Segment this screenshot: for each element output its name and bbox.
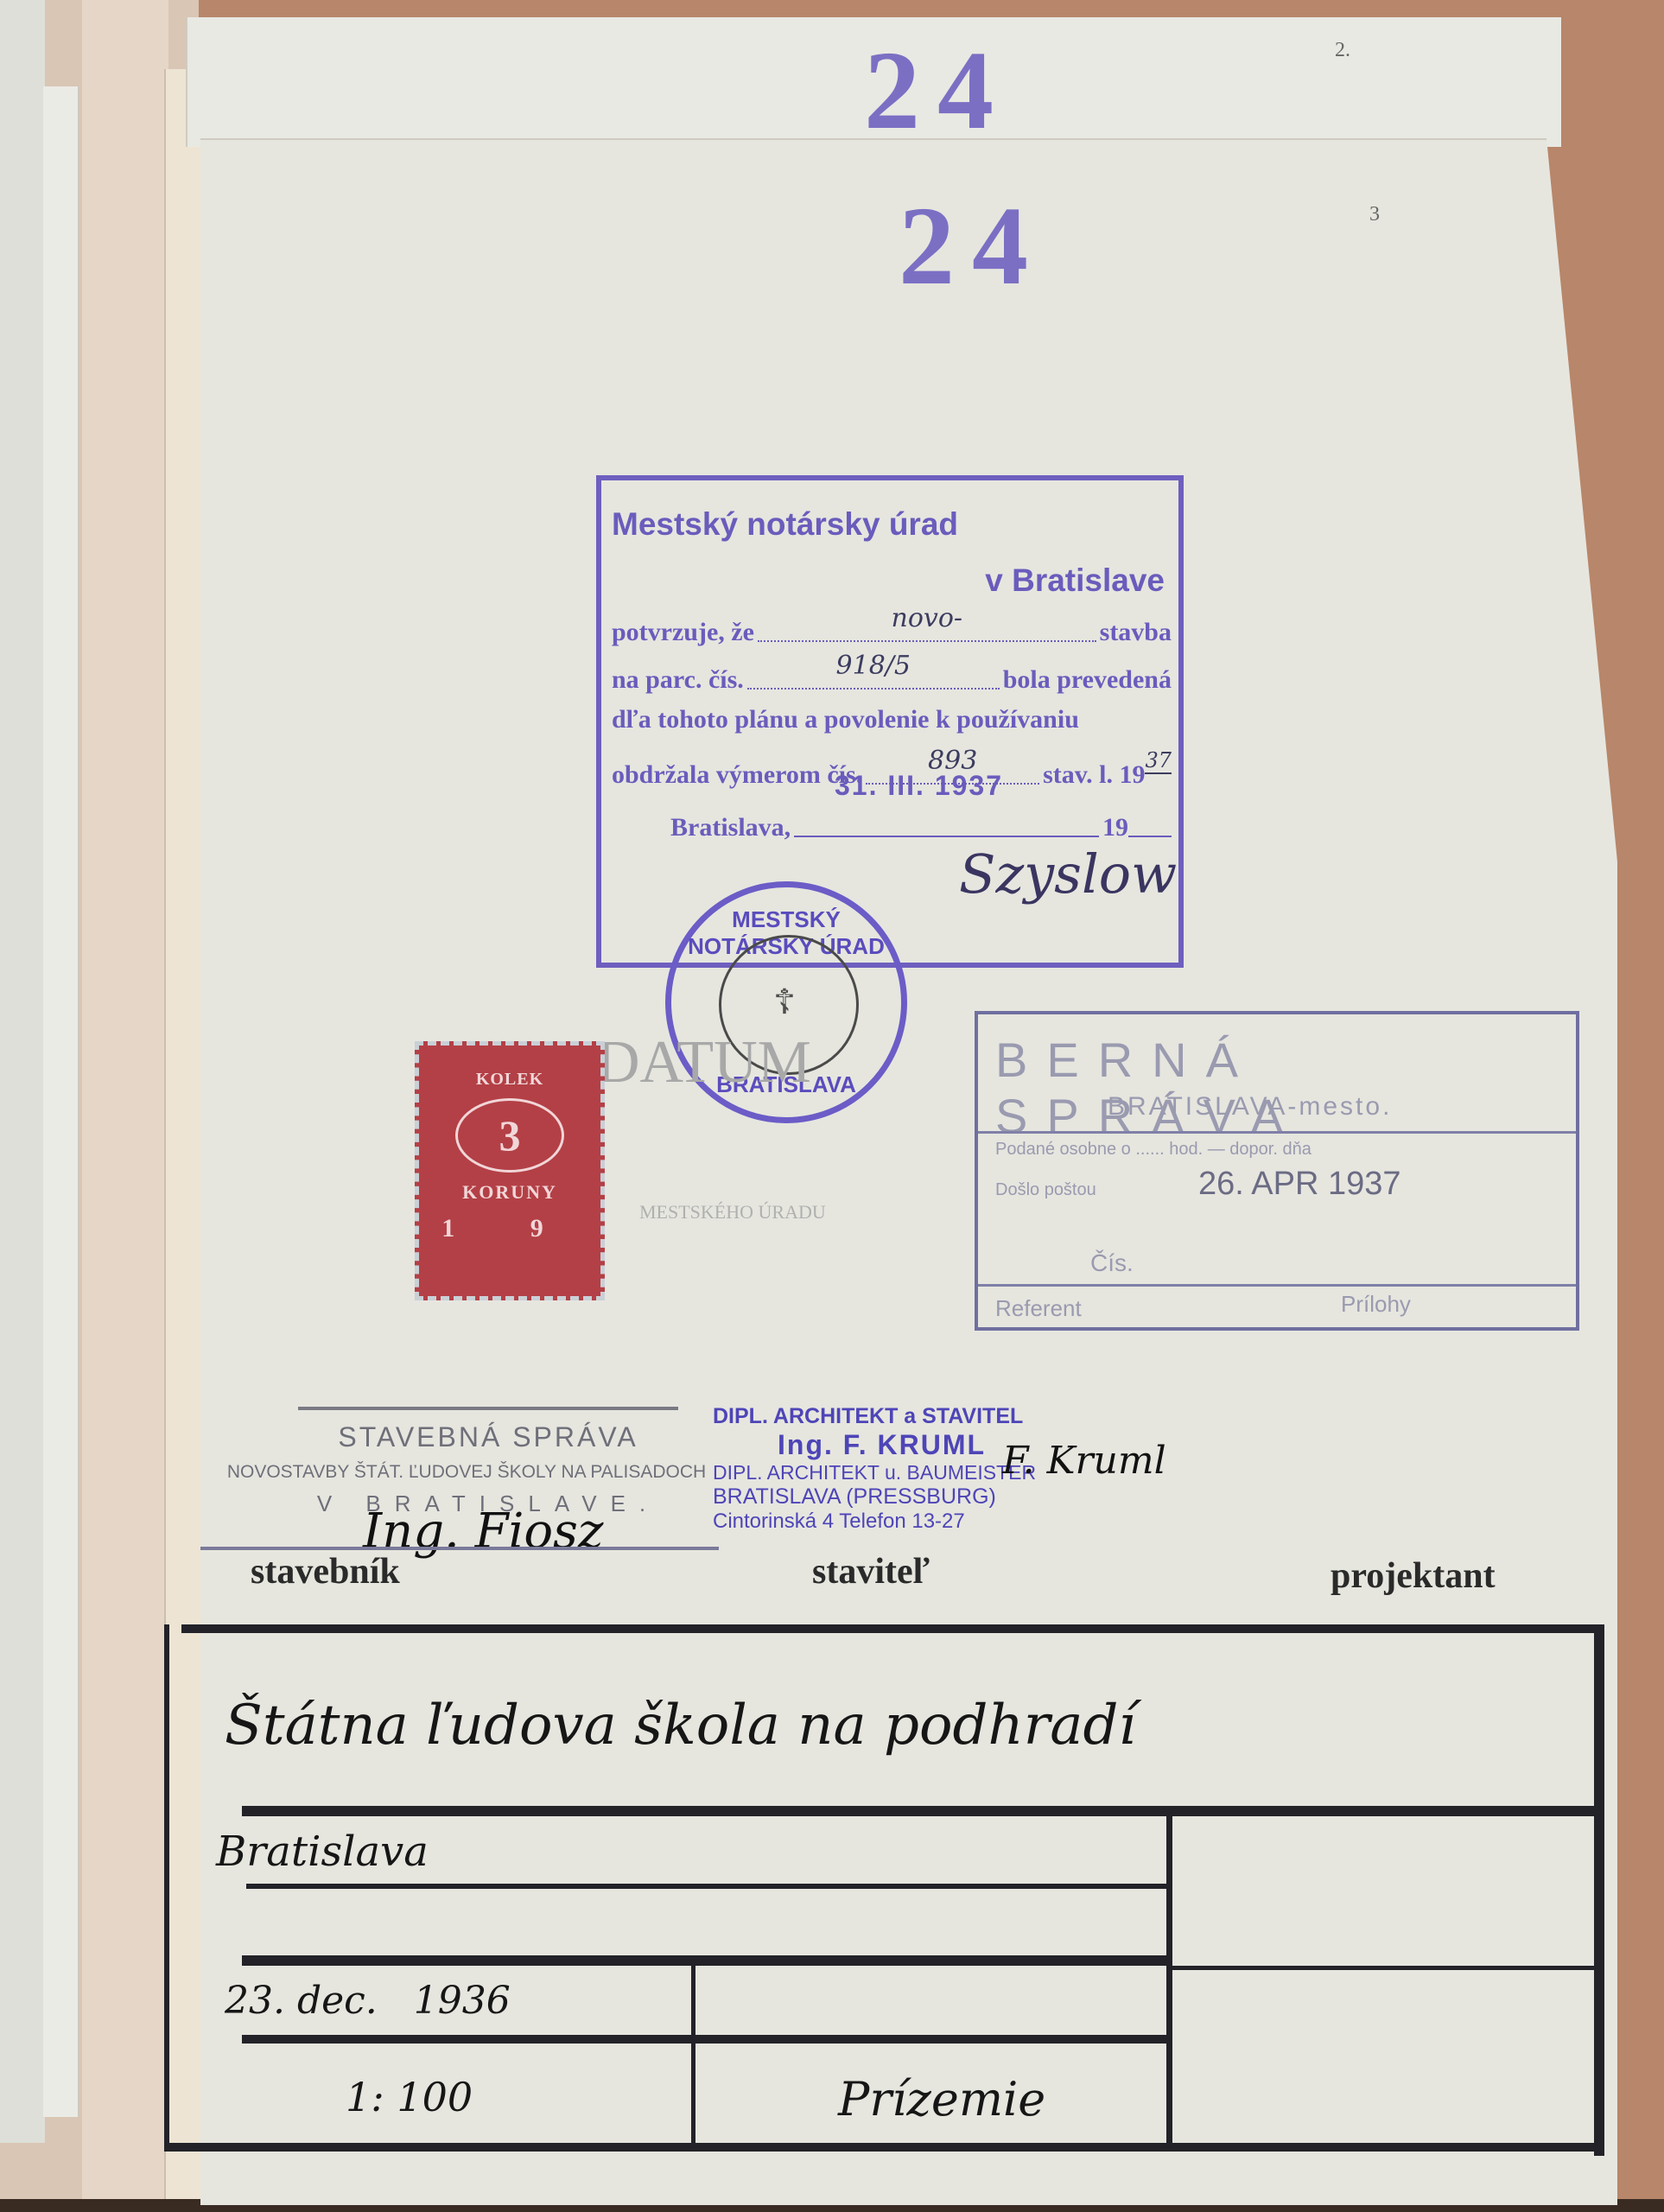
tax-stamp-attachments: Prílohy (1341, 1291, 1411, 1318)
revenue-stamp-top: KOLEK (419, 1070, 600, 1090)
faded-datum-stamp: DATUM (596, 1028, 811, 1097)
architect-line4: BRATISLAVA (PRESSBURG) (713, 1484, 1036, 1510)
notary-line-3: dľa tohoto plánu a povolenie k používani… (612, 705, 1172, 734)
builder-stamp-rule (298, 1407, 678, 1410)
tax-stamp-row2-label: Došlo poštou (995, 1180, 1096, 1200)
label-stavebnik: stavebník (251, 1551, 400, 1592)
notary-signature: Szyslow (959, 842, 1177, 906)
faded-datum-subtext: MESTSKÉHO ÚRADU (639, 1201, 826, 1224)
architect-stamp: DIPL. ARCHITEKT a STAVITEL Ing. F. KRUML… (713, 1404, 1036, 1534)
notary-city: v Bratislave (985, 563, 1165, 599)
pencil-folio-front: 3 (1369, 203, 1380, 226)
label-stavitel: staviteľ (812, 1551, 930, 1592)
builder-stamp-underline (200, 1547, 719, 1550)
adjacent-sheet-edge (43, 86, 79, 2117)
label-projektant: projektant (1331, 1555, 1496, 1597)
drawing-name: Prízemie (838, 2072, 1045, 2126)
notary-line-2: na parc. čís. 918/5 bola prevedená (612, 658, 1172, 695)
architect-signature: F. Kruml (1002, 1439, 1166, 1483)
notary-line-1: potvrzuje, že novo- stavba (612, 610, 1172, 647)
tax-office-stamp: BERNÁ SPRÁVA BRATISLAVA-mesto. Podané os… (975, 1011, 1579, 1331)
title-block: Štátna ľudova škola na podhradí Bratisla… (164, 1624, 1598, 2160)
project-title: Štátna ľudova škola na podhradí (225, 1694, 1136, 1758)
tax-stamp-title: BERNÁ SPRÁVA (995, 1032, 1576, 1144)
notary-line-5: Bratislava, 19 (670, 813, 1172, 842)
architect-address: Cintorinská 4 Telefon 13-27 (713, 1510, 1036, 1534)
adjacent-sheet (0, 0, 45, 2143)
handwritten-year: 37 (1145, 748, 1172, 774)
builder-stamp-line2: NOVOSTAVBY ŠTÁT. ĽUDOVEJ ŠKOLY NA PALISA… (207, 1462, 726, 1483)
tax-stamp-number-label: Čís. (1090, 1249, 1134, 1277)
revenue-stamp-denomination: KORUNY (419, 1181, 600, 1204)
revenue-stamp-year: 1 9 (419, 1214, 600, 1243)
architect-line3: DIPL. ARCHITEKT u. BAUMEISTER (713, 1461, 1036, 1484)
pencil-folio-back: 2. (1335, 39, 1350, 62)
page-number-front: 24 (899, 181, 1045, 311)
revenue-stamp-value: 3 (455, 1098, 564, 1173)
notary-title: Mestský notársky úrad (612, 506, 958, 543)
architect-name: Ing. F. KRUML (778, 1429, 1036, 1461)
handwritten-parcel-number: 918/5 (836, 651, 911, 681)
double-cross-icon: ☦ (773, 982, 796, 1022)
handwritten-construction-type: novo- (892, 603, 963, 633)
tax-stamp-row1: Podané osobne o ...... hod. — dopor. dňa (995, 1140, 1312, 1160)
architect-line1: DIPL. ARCHITEKT a STAVITEL (713, 1404, 1036, 1429)
tax-stamp-received-date: 26. APR 1937 (1198, 1166, 1401, 1203)
page-number-back: 24 (864, 26, 1011, 156)
plan-scale: 1: 100 (346, 2074, 473, 2120)
project-place: Bratislava (216, 1827, 429, 1876)
folder-cover (82, 0, 168, 2212)
plan-date: 23. dec. 1936 (225, 1979, 511, 2023)
revenue-stamp: KOLEK 3 KORUNY 1 9 (415, 1041, 605, 1300)
builder-stamp-line1: STAVEBNÁ SPRÁVA (298, 1421, 678, 1453)
tax-stamp-subtitle: BRATISLAVA-mesto. (1108, 1092, 1392, 1122)
notary-date-stamp: 31. III. 1937 (835, 770, 1003, 802)
tax-stamp-referent: Referent (995, 1295, 1082, 1322)
